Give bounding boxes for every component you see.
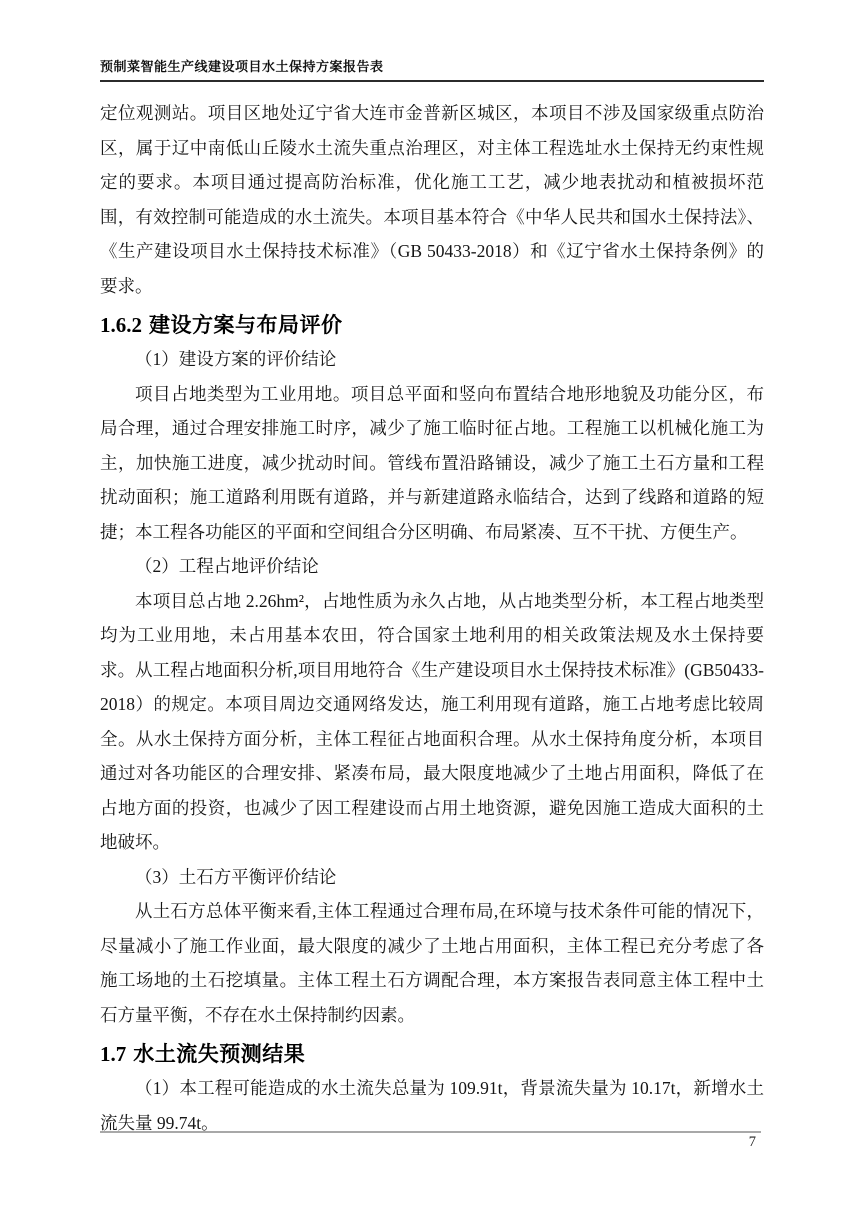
paragraph-intro-continuation: 定位观测站。项目区地处辽宁省大连市金普新区城区，本项目不涉及国家级重点防治区，属… <box>100 96 764 303</box>
subitem-label-2: （2）工程占地评价结论 <box>100 549 764 584</box>
header-title: 预制菜智能生产线建设项目水土保持方案报告表 <box>100 59 384 74</box>
section-title: 建设方案与布局评价 <box>149 314 343 337</box>
paragraph-soil-loss-prediction: （1）本工程可能造成的水土流失总量为 109.91t，背景流失量为 10.17t… <box>100 1071 764 1140</box>
section-heading-1-6-2: 1.6.2建设方案与布局评价 <box>100 310 764 341</box>
section-number: 1.7 <box>100 1042 126 1066</box>
paragraph-earthwork-balance-evaluation: 从土石方总体平衡来看,主体工程通过合理布局,在环境与技术条件可能的情况下，尽量减… <box>100 894 764 1032</box>
subitem-label-1: （1）建设方案的评价结论 <box>100 342 764 377</box>
document-body: 定位观测站。项目区地处辽宁省大连市金普新区城区，本项目不涉及国家级重点防治区，属… <box>100 96 764 1140</box>
paragraph-construction-plan-evaluation: 项目占地类型为工业用地。项目总平面和竖向布置结合地形地貌及功能分区，布局合理，通… <box>100 377 764 550</box>
page-number: 7 <box>100 1134 756 1151</box>
page-header: 预制菜智能生产线建设项目水土保持方案报告表 <box>100 56 764 82</box>
section-title: 水土流失预测结果 <box>133 1043 305 1066</box>
section-heading-1-7: 1.7水土流失预测结果 <box>100 1039 764 1070</box>
document-page: 预制菜智能生产线建设项目水土保持方案报告表 定位观测站。项目区地处辽宁省大连市金… <box>0 0 860 1216</box>
footer-divider <box>100 1131 761 1133</box>
paragraph-land-occupation-evaluation: 本项目总占地 2.26hm²，占地性质为永久占地，从占地类型分析，本工程占地类型… <box>100 584 764 860</box>
section-number: 1.6.2 <box>100 313 142 337</box>
subitem-label-3: （3）土石方平衡评价结论 <box>100 860 764 895</box>
